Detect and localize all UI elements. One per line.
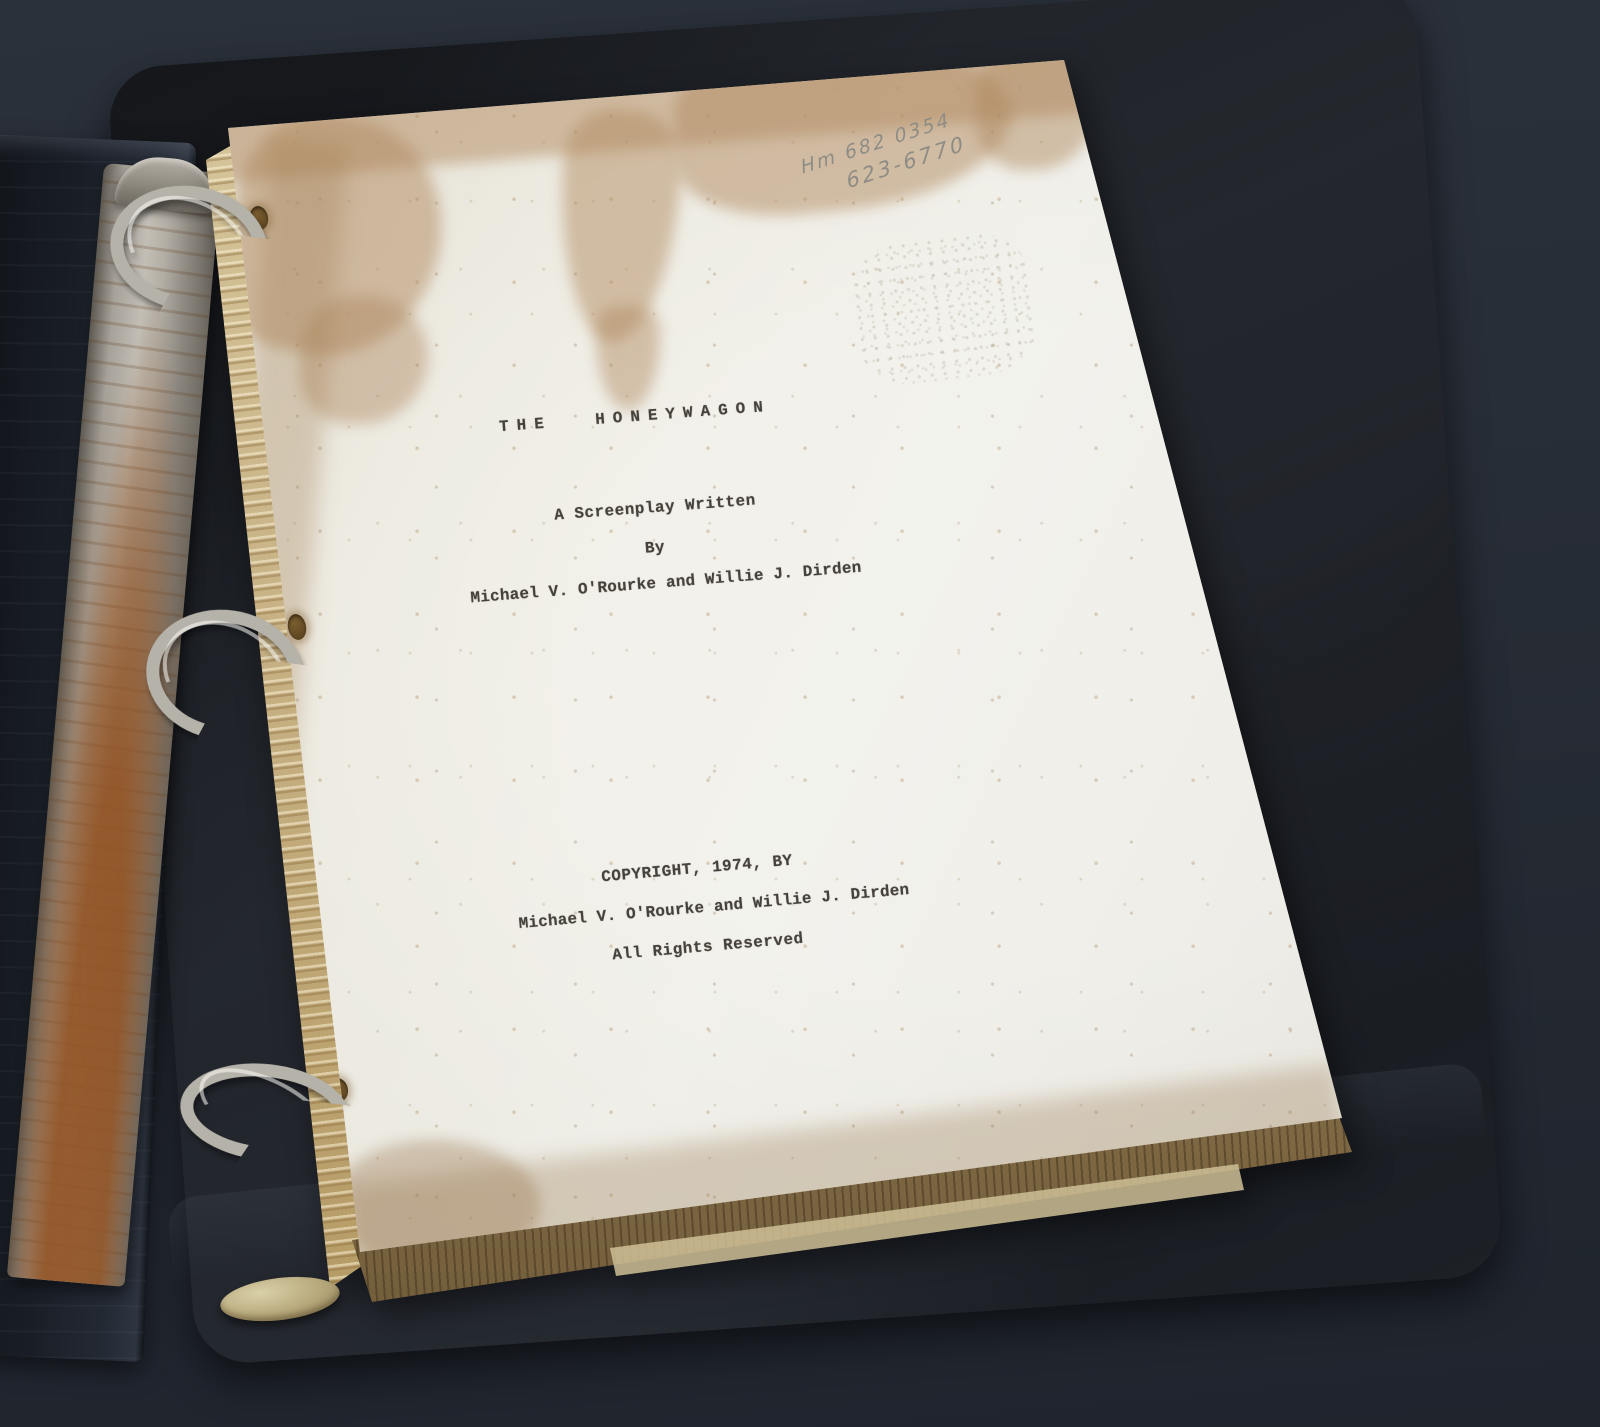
faint-stamp-smudge [848, 228, 1040, 390]
photo-scene: Hm 682 0354 623-6770 THE HONEYWAGON A Sc… [0, 0, 1600, 1427]
